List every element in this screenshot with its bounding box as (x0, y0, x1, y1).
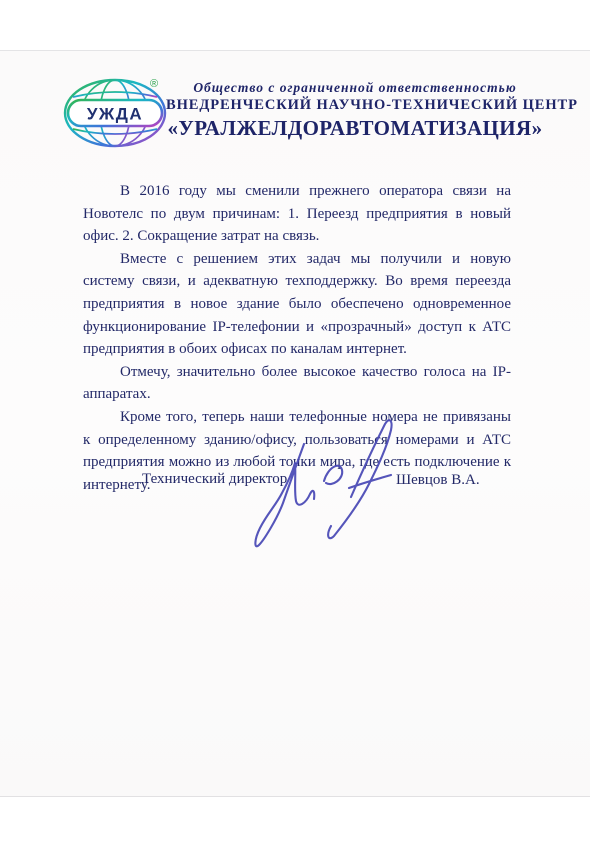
scanned-letter-page: УЖДА ® Общество с ограниченной ответстве… (0, 0, 590, 843)
company-center-line: ВНЕДРЕНЧЕСКИЙ НАУЧНО-ТЕХНИЧЕСКИЙ ЦЕНТР (166, 97, 544, 114)
signature-ink (250, 413, 410, 553)
paragraph-3: Отмечу, значительно более высокое качест… (83, 361, 511, 406)
paragraph-2: Вместе с решением этих задач мы получили… (83, 248, 511, 361)
company-logo: УЖДА ® (62, 75, 170, 149)
company-name-line: «УРАЛЖЕЛДОРАВТОМАТИЗАЦИЯ» (166, 116, 544, 141)
letterhead: Общество с ограниченной ответственностью… (166, 80, 544, 141)
company-type-line: Общество с ограниченной ответственностью (166, 80, 544, 96)
signer-name: Шевцов В.А. (396, 472, 480, 489)
paragraph-1: В 2016 году мы сменили прежнего оператор… (83, 180, 511, 248)
logo-abbreviation: УЖДА (87, 105, 143, 124)
registered-trademark-icon: ® (150, 78, 158, 90)
